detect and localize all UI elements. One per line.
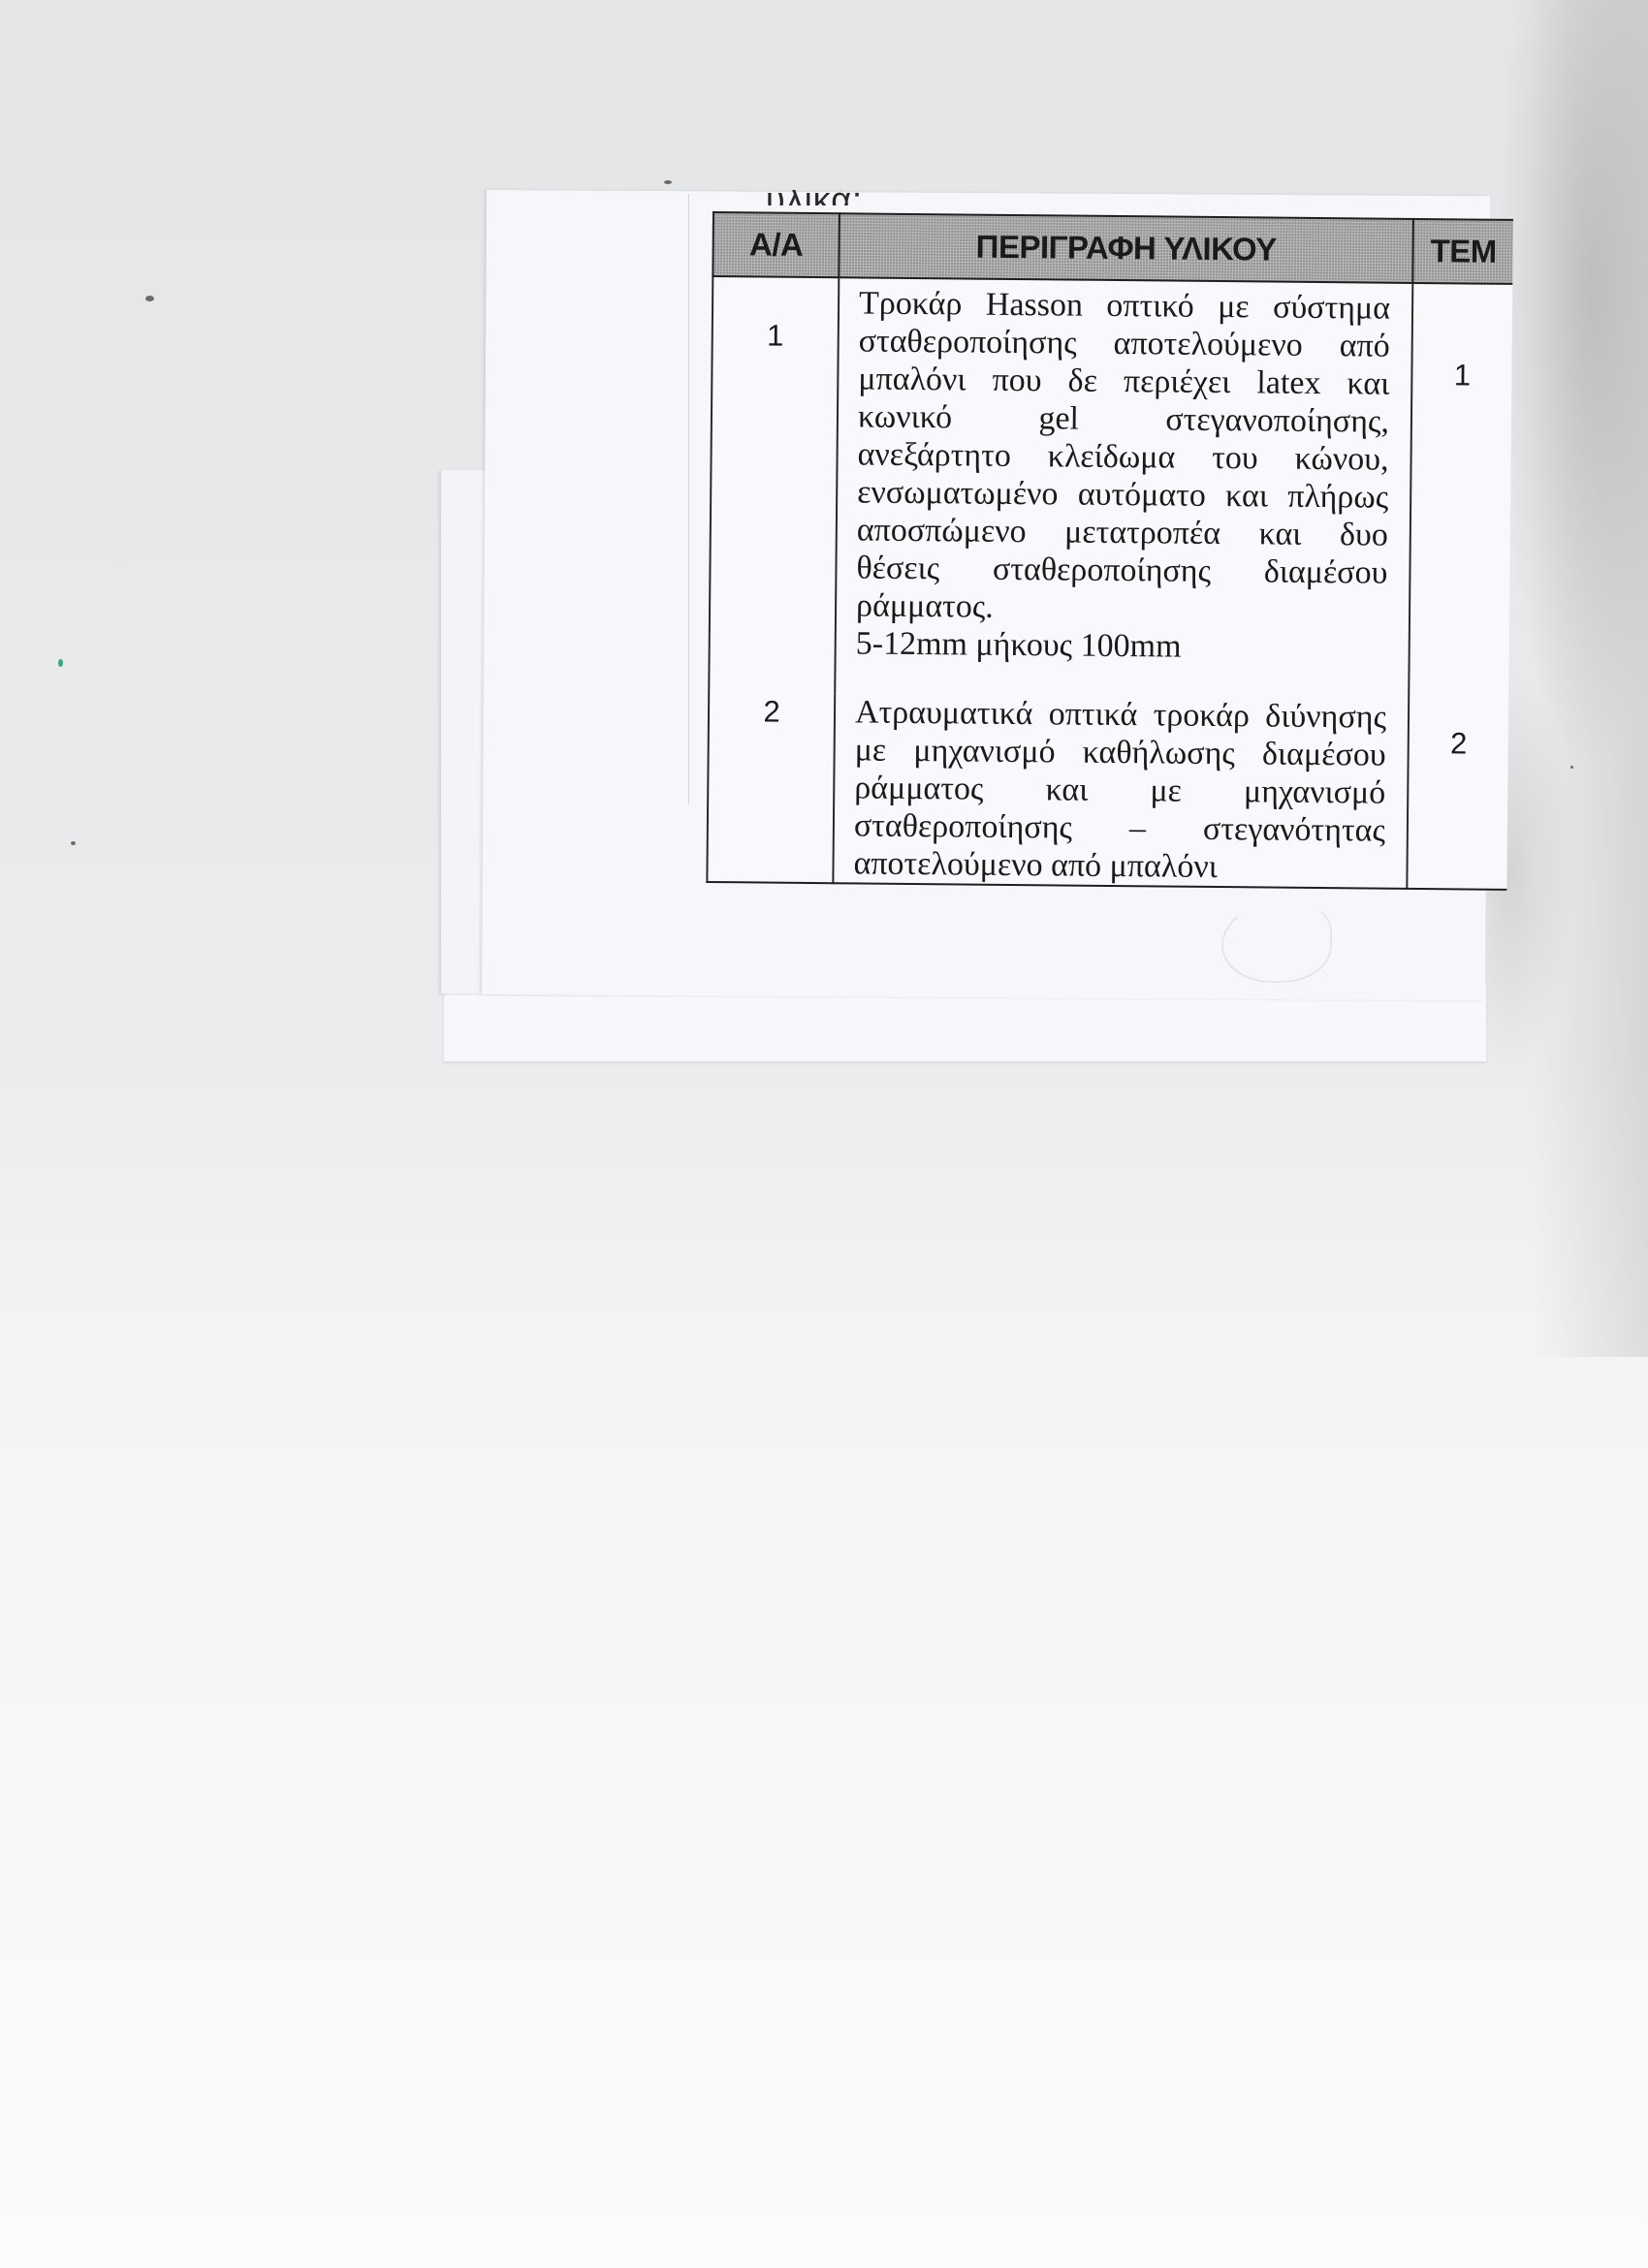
cell-index: 1 [709,276,839,693]
scanner-edge-shadow [1532,0,1648,1357]
header-index: Α/Α [713,212,840,277]
table-row: 2 Ατραυματικά οπτικά τροκάρ διύνησης με … [707,692,1508,890]
cell-quantity: 2 [1407,699,1508,890]
row-description: Ατραυματικά οπτικά τροκάρ διύνησης με μη… [834,693,1408,888]
row-description: Τροκάρ Hasson οπτικό με σύστημα σταθεροπ… [837,278,1412,668]
materials-table-wrapper: Α/Α ΠΕΡΙΓΡΑΦΗ ΥΛΙΚΟΥ ΤΕΜ 1 Τροκάρ Hasson… [706,211,1507,891]
header-quantity: ΤΕΜ [1412,219,1513,284]
cell-description: Τροκάρ Hasson οπτικό με σύστημα σταθεροπ… [835,277,1412,699]
paper-fold-line [688,194,689,804]
header-description: ΠΕΡΙΓΡΑΦΗ ΥΛΙΚΟΥ [839,213,1413,283]
row-quantity: 1 [1412,284,1512,394]
dust-speck [58,659,63,667]
row-index: 1 [713,277,839,354]
section-label-cutoff: υλικά: [766,190,863,205]
faint-signature [1221,901,1332,983]
dust-speck [1570,766,1573,769]
dust-speck [71,841,76,845]
materials-table: Α/Α ΠΕΡΙΓΡΑΦΗ ΥΛΙΚΟΥ ΤΕΜ 1 Τροκάρ Hasson… [706,211,1513,891]
cell-description: Ατραυματικά οπτικά τροκάρ διύνησης με μη… [833,693,1409,889]
table-header-row: Α/Α ΠΕΡΙΓΡΑΦΗ ΥΛΙΚΟΥ ΤΕΜ [713,212,1513,284]
cell-quantity: 1 [1409,283,1512,700]
row-index: 2 [710,692,834,730]
dust-speck [664,180,672,184]
dust-speck [145,296,154,301]
table-row: 1 Τροκάρ Hasson οπτικό με σύστημα σταθερ… [709,276,1512,700]
description-text: Ατραυματικά οπτικά τροκάρ διύνησης με μη… [853,693,1386,887]
description-spec: 5-12mm μήκους 100mm [856,624,1387,667]
cell-index: 2 [707,692,835,883]
row-quantity: 2 [1410,699,1509,762]
description-text: Τροκάρ Hasson οπτικό με σύστημα σταθεροπ… [856,284,1390,629]
